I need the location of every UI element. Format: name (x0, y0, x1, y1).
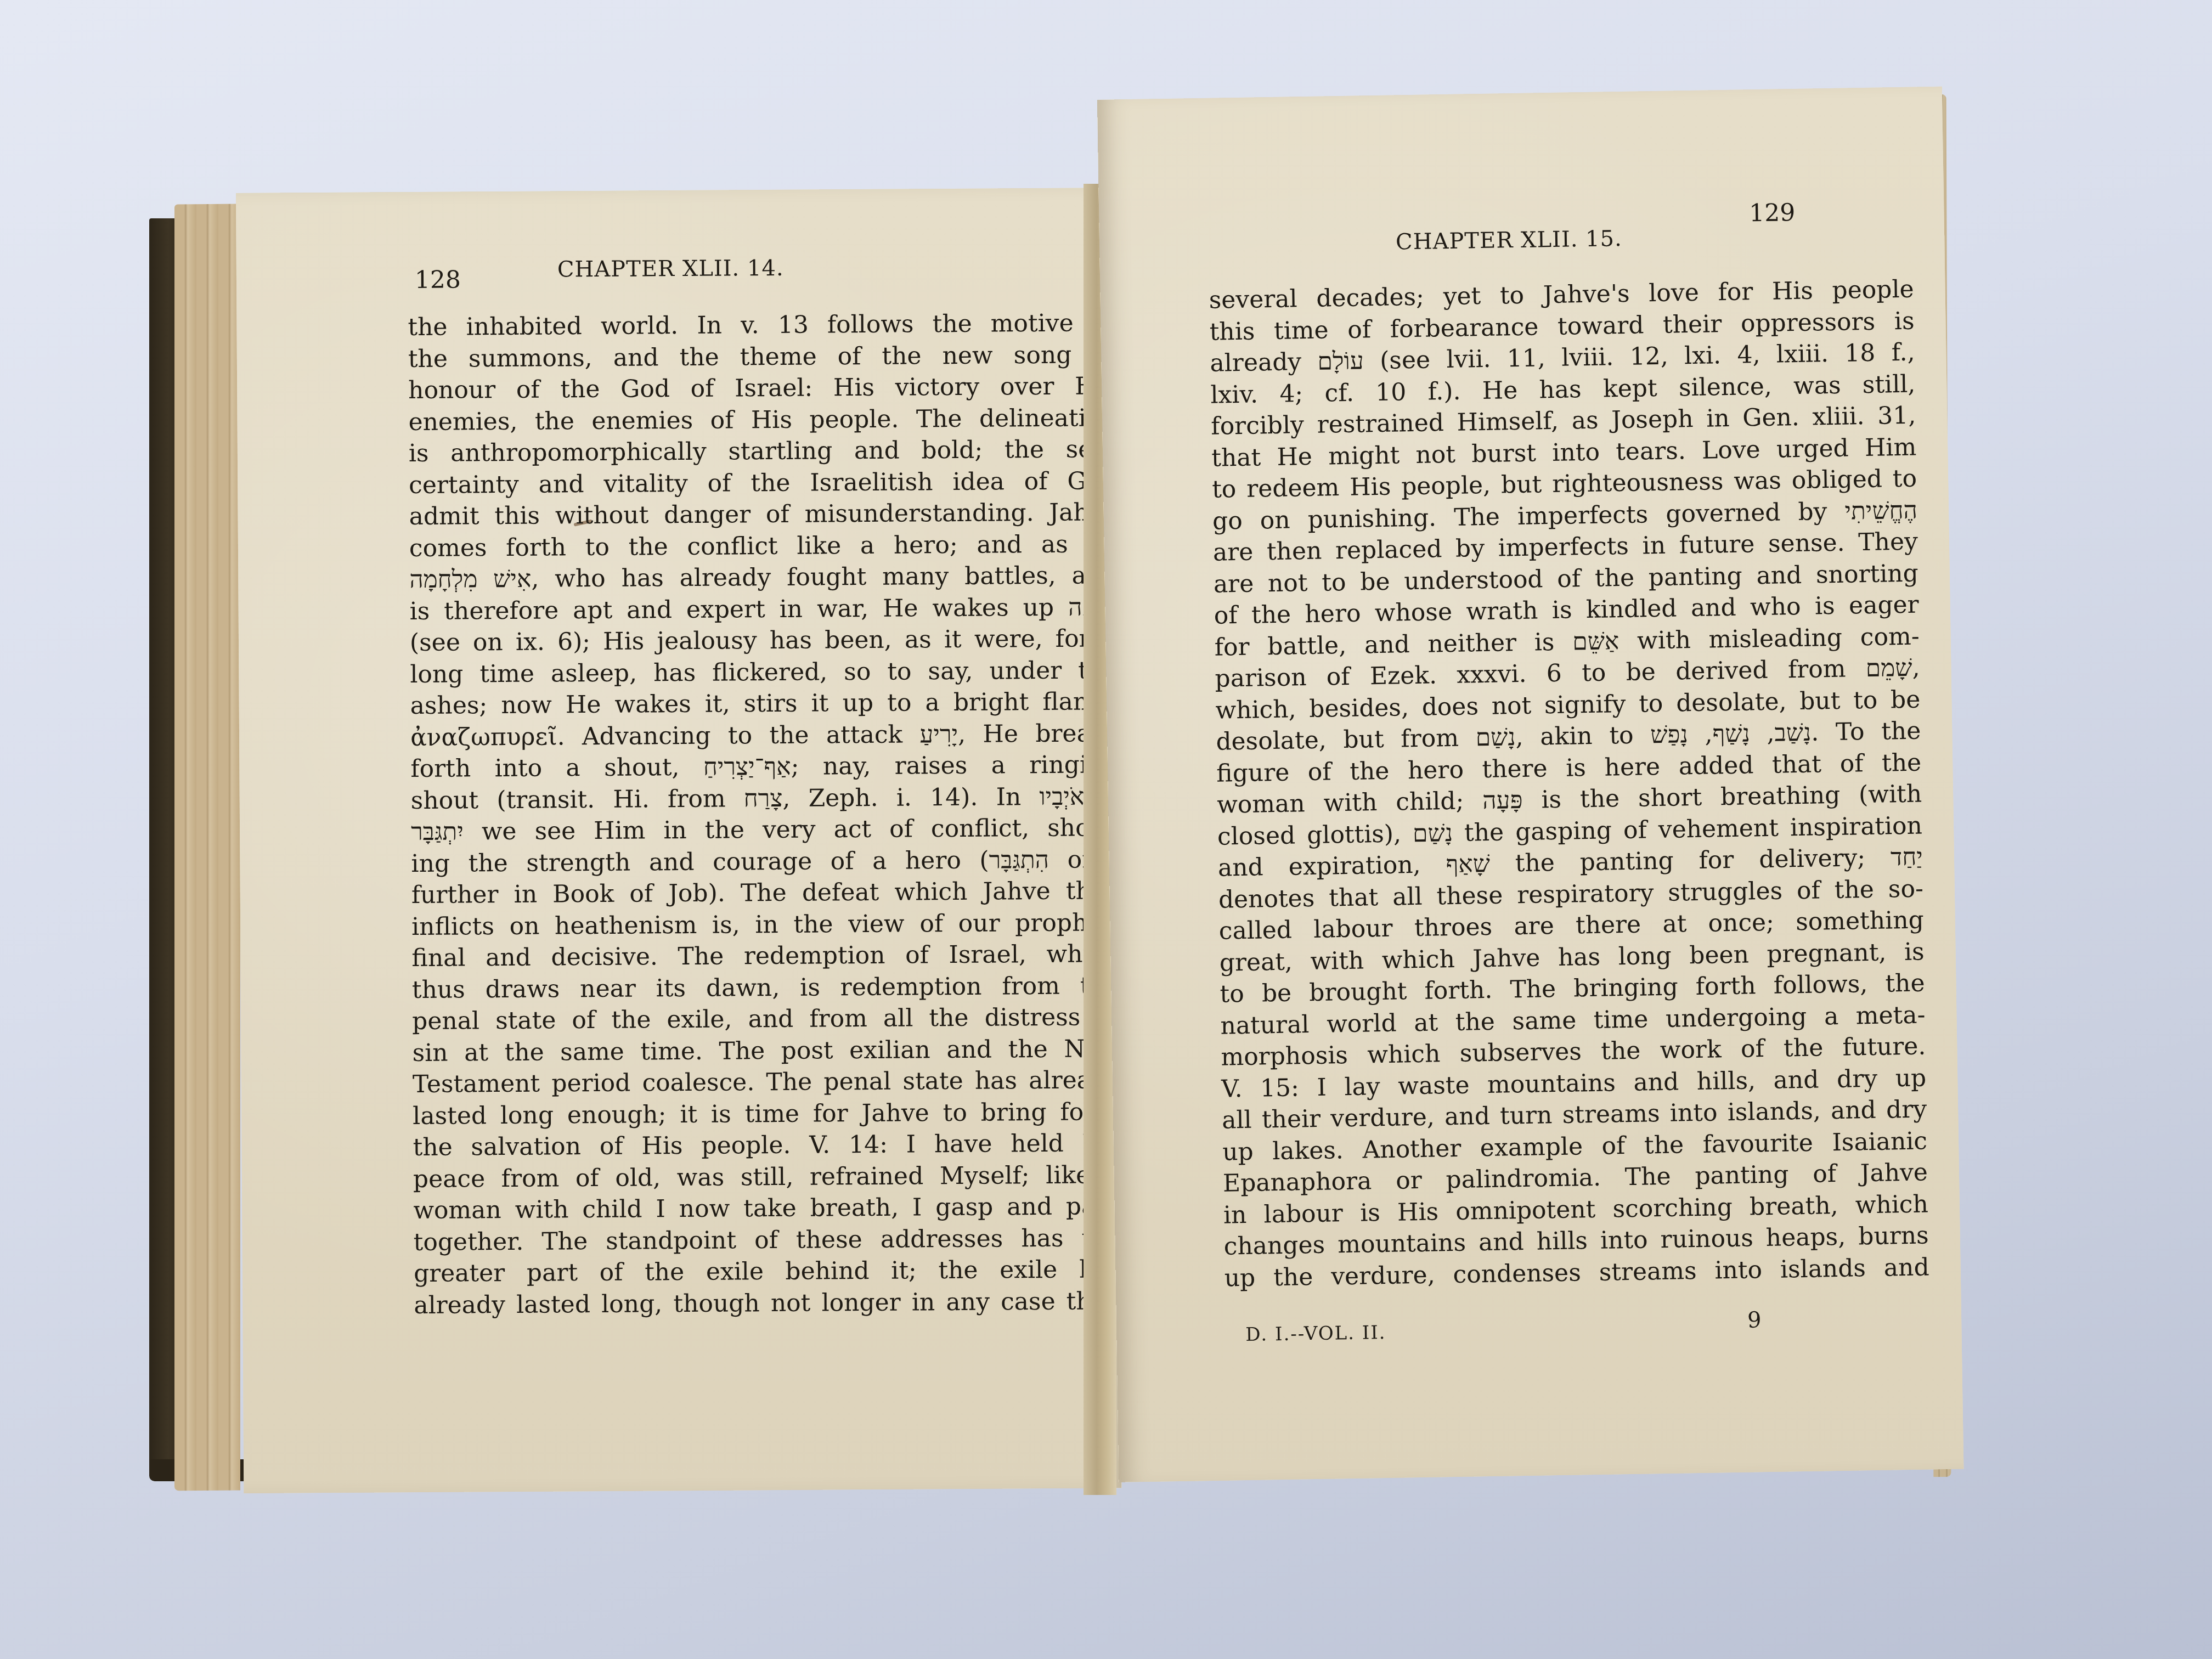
left-running-head: CHAPTER XLII. 14. (557, 256, 784, 283)
text-line: ἀναζωπυρεῖ. Advancing to the attack יָרִ… (410, 718, 1118, 753)
text-line: woman with child I now take breath, I ga… (413, 1190, 1121, 1226)
text-line: is anthropomorphically startling and bol… (409, 433, 1116, 469)
text-line: ing the strength and courage of a hero (… (411, 844, 1119, 879)
text-line: shout (transit. Hi. from צָרַח, Zeph. i.… (411, 781, 1119, 816)
text-line: is therefore apt and expert in war, He w… (409, 591, 1117, 627)
right-page: CHAPTER XLII. 15. 129 several decades; y… (1097, 87, 1963, 1482)
text-line: admit this without danger of misundersta… (409, 496, 1116, 532)
text-line: honour of the God of Israel: His victory… (408, 370, 1116, 406)
right-page-number: 129 (1749, 199, 1796, 227)
text-line: greater part of the exile behind it; the… (414, 1254, 1121, 1289)
text-line: penal state of the exile, and from all t… (412, 1001, 1120, 1037)
text-line: the inhabited world. In v. 13 follows th… (408, 307, 1115, 343)
left-page-body-text: the inhabited world. In v. 13 follows th… (408, 307, 1121, 1321)
text-line: enemies, the enemies of His people. The … (408, 402, 1116, 438)
text-line: already lasted long, though not longer i… (414, 1285, 1121, 1321)
text-line: the summons, and the theme of the new so… (408, 339, 1116, 375)
text-line: (see on ix. 6); His jealousy has been, a… (410, 623, 1118, 658)
signature-number: 9 (1747, 1307, 1762, 1333)
text-line: further in Book of Job). The defeat whic… (411, 875, 1119, 911)
page-stack-edges-left (174, 204, 240, 1491)
text-line: comes forth to the conflict like a hero;… (409, 528, 1117, 564)
text-line: peace from of old, was still, refrained … (413, 1159, 1121, 1195)
text-line: inflicts on heathenism is, in the view o… (411, 907, 1119, 943)
text-line: sin at the same time. The post exilian a… (412, 1033, 1120, 1069)
text-line: Testament period coalesce. The penal sta… (413, 1064, 1120, 1100)
text-line: the salvation of His people. V. 14: I ha… (413, 1127, 1120, 1163)
text-line: final and decisive. The redemption of Is… (411, 938, 1119, 974)
text-line: יִתְגַּבָּר we see Him in the very act o… (411, 812, 1119, 848)
text-line: ashes; now He wakes it, stirs it up to a… (410, 686, 1118, 721)
printer-signature-mark: D. I.--VOL. II. (1245, 1322, 1386, 1346)
text-line: forth into a shout, אַף־יַצְרִיחַ; nay, … (410, 749, 1118, 785)
text-line: certainty and vitality of the Israelitis… (409, 465, 1116, 501)
text-line: together. The standpoint of these addres… (414, 1222, 1121, 1258)
left-page-number: 128 (415, 266, 461, 294)
left-page: 128 CHAPTER XLII. 14. the inhabited worl… (236, 188, 1121, 1493)
text-line: lasted long enough; it is time for Jahve… (413, 1096, 1120, 1132)
text-line: thus draws near its dawn, is redemption … (412, 970, 1120, 1006)
right-running-head: CHAPTER XLII. 15. (1396, 226, 1622, 255)
right-page-body-text: several decades; yet to Jahve's love for… (1209, 274, 1929, 1294)
text-line: אִישׁ מִלְחָמָה, who has already fought … (409, 560, 1117, 595)
text-line: long time asleep, has flickered, so to s… (410, 654, 1118, 690)
